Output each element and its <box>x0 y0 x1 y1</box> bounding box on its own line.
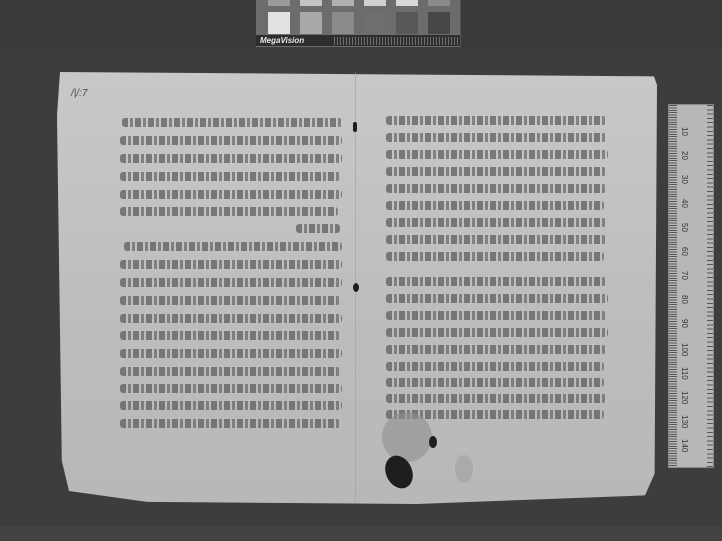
text-line <box>386 133 606 142</box>
text-line <box>386 235 606 244</box>
text-line <box>120 331 340 340</box>
swatch <box>364 12 386 34</box>
chart-scale <box>334 37 458 45</box>
ink-spot <box>353 122 357 132</box>
ruler-ticks-mm <box>669 105 677 467</box>
color-calibration-chart: MegaVision <box>256 0 461 47</box>
measurement-ruler: 10 20 30 40 50 60 70 80 90 100 110 120 1… <box>668 104 714 468</box>
ruler-label: 90 <box>680 319 689 328</box>
text-line <box>120 296 340 305</box>
text-line <box>386 294 608 303</box>
swatch <box>268 12 290 34</box>
ruler-label: 30 <box>680 175 689 184</box>
text-line <box>120 314 342 323</box>
text-line <box>386 218 606 227</box>
text-line <box>386 167 606 176</box>
ruler-label: 50 <box>680 223 689 232</box>
text-line <box>386 150 608 159</box>
text-line <box>386 362 604 371</box>
text-line <box>124 242 342 251</box>
text-line <box>120 349 342 358</box>
text-line <box>120 278 342 287</box>
ruler-ticks-inch <box>707 105 713 467</box>
ruler-label: 20 <box>680 151 689 160</box>
folio-number: /|/:7 <box>71 88 88 99</box>
background-bottom <box>0 527 722 541</box>
text-line <box>386 311 606 320</box>
chart-strip: MegaVision <box>256 35 460 46</box>
text-line <box>386 328 608 337</box>
megavision-logo: MegaVision <box>260 35 304 46</box>
ruler-label: 80 <box>680 295 689 304</box>
stain <box>455 455 473 483</box>
ruler-label: 70 <box>680 271 689 280</box>
text-line <box>386 201 604 210</box>
swatch <box>300 12 322 34</box>
text-line <box>120 172 340 181</box>
swatch <box>332 12 354 34</box>
stain <box>382 412 432 462</box>
text-line <box>122 118 342 127</box>
text-line <box>386 394 606 403</box>
text-line <box>386 378 604 387</box>
swatch <box>428 12 450 34</box>
ruler-label: 120 <box>680 391 689 404</box>
swatch <box>364 0 386 6</box>
ruler-label: 40 <box>680 199 689 208</box>
text-line <box>120 367 340 376</box>
text-line <box>386 184 606 193</box>
text-line <box>120 419 340 428</box>
ruler-label: 140 <box>680 439 689 452</box>
text-line <box>386 116 606 125</box>
swatch <box>300 0 322 6</box>
ruler-label: 100 <box>680 343 689 356</box>
ruler-label: 10 <box>680 127 689 136</box>
swatch <box>268 0 290 6</box>
text-line <box>386 277 606 286</box>
text-line <box>296 224 340 233</box>
swatch <box>428 0 450 6</box>
swatch <box>396 0 418 6</box>
ruler-label: 60 <box>680 247 689 256</box>
swatch <box>332 0 354 6</box>
text-line <box>386 345 606 354</box>
hole-small <box>429 436 437 448</box>
text-line <box>120 154 342 163</box>
text-line <box>120 384 342 393</box>
swatch <box>396 12 418 34</box>
text-line <box>386 252 604 261</box>
text-line <box>120 207 338 216</box>
ruler-label: 130 <box>680 415 689 428</box>
text-line <box>120 136 342 145</box>
ink-spot <box>353 283 359 292</box>
text-line <box>120 401 342 410</box>
text-line <box>120 260 342 269</box>
ruler-label: 110 <box>680 367 689 380</box>
text-line <box>120 190 342 199</box>
